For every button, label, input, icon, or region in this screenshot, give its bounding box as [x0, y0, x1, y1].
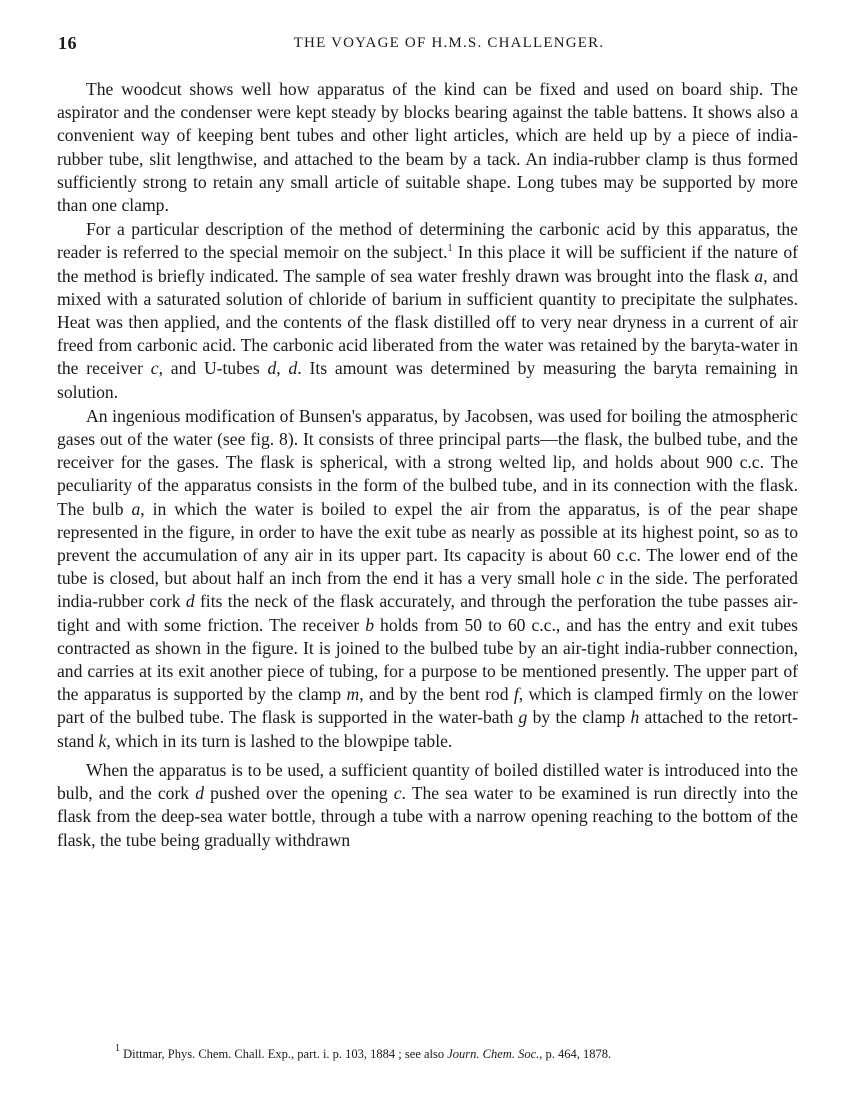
paragraph-jacobsen-apparatus: An ingenious modification of Bunsen's ap…	[57, 405, 798, 753]
footnote-text: Dittmar, Phys. Chem. Chall. Exp., part. …	[120, 1047, 447, 1061]
paragraph-text: , and U-tubes	[159, 358, 268, 378]
footnote-journal-title: Journ. Chem. Soc.	[447, 1047, 539, 1061]
figure-label: a	[754, 266, 763, 286]
running-title: THE VOYAGE OF H.M.S. CHALLENGER.	[58, 35, 800, 52]
figure-label: c	[596, 568, 604, 588]
figure-label: a	[132, 499, 141, 519]
figure-label: b	[365, 615, 374, 635]
figure-label: d	[195, 783, 204, 803]
paragraph-text: , and by the bent rod	[359, 684, 514, 704]
footnote: 1 Dittmar, Phys. Chem. Chall. Exp., part…	[115, 1046, 815, 1062]
paragraph-carbonic-acid-method: For a particular description of the meth…	[57, 218, 798, 404]
figure-label: d, d	[268, 358, 298, 378]
paragraph-text: pushed over the opening	[204, 783, 394, 803]
paragraph-text: by the clamp	[527, 707, 630, 727]
paragraph-apparatus-use: When the apparatus is to be used, a suff…	[57, 759, 798, 852]
footnote-text: , p. 464, 1878.	[539, 1047, 611, 1061]
document-page: 16 THE VOYAGE OF H.M.S. CHALLENGER. The …	[0, 0, 850, 1100]
figure-label: c	[394, 783, 402, 803]
figure-label: h	[630, 707, 639, 727]
figure-label: c	[151, 358, 159, 378]
paragraph-woodcut: The woodcut shows well how apparatus of …	[57, 78, 798, 217]
figure-label: m	[346, 684, 359, 704]
paragraph-text: The woodcut shows well how apparatus of …	[57, 79, 798, 215]
body-text: The woodcut shows well how apparatus of …	[57, 78, 798, 852]
running-header: 16 THE VOYAGE OF H.M.S. CHALLENGER.	[58, 33, 800, 57]
paragraph-text: , which in its turn is lashed to the blo…	[106, 731, 452, 751]
figure-label: d	[186, 591, 195, 611]
